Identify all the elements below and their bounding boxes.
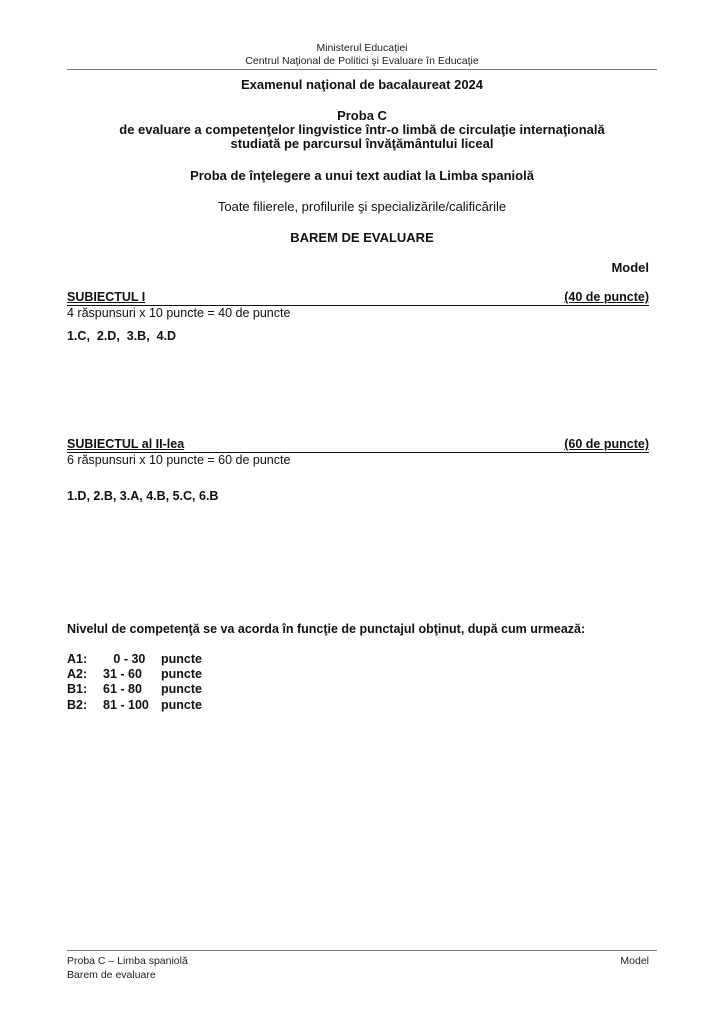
footer-rule — [67, 950, 657, 951]
level-range: 81 - 100 — [103, 698, 161, 713]
level-row: A2: 31 - 60 puncte — [67, 667, 202, 682]
exam-title: Examenul naţional de bacalaureat 2024 — [0, 77, 724, 92]
barem-title: BAREM DE EVALUARE — [0, 230, 724, 245]
footer-document-type: Barem de evaluare — [67, 968, 649, 982]
proba-title: Proba C — [0, 108, 724, 123]
section-1-name: SUBIECTUL I — [67, 290, 145, 305]
section-2-name: SUBIECTUL al II-lea — [67, 437, 184, 452]
section-1-answers: 1.C, 2.D, 3.B, 4.D — [67, 329, 176, 344]
section-2-points: (60 de puncte) — [564, 437, 649, 452]
level-unit: puncte — [161, 698, 202, 713]
levels-intro: Nivelul de competenţă se va acorda în fu… — [67, 622, 585, 637]
level-unit: puncte — [161, 667, 202, 682]
level-range: 0 - 30 — [103, 652, 161, 667]
center-name: Centrul Naţional de Politici şi Evaluare… — [0, 55, 724, 68]
section-2-answers: 1.D, 2.B, 3.A, 4.B, 5.C, 6.B — [67, 489, 218, 504]
section-1-scoring: 4 răspunsuri x 10 puncte = 40 de puncte — [67, 306, 290, 321]
level-unit: puncte — [161, 682, 202, 697]
model-label: Model — [611, 260, 649, 275]
section-1-points: (40 de puncte) — [564, 290, 649, 305]
section-2-header: SUBIECTUL al II-lea (60 de puncte) — [67, 437, 649, 453]
level-code: A2: — [67, 667, 103, 682]
level-range: 31 - 60 — [103, 667, 161, 682]
section-1-header: SUBIECTUL I (40 de puncte) — [67, 290, 649, 306]
footer-exam-name: Proba C – Limba spaniolă — [67, 954, 188, 968]
level-unit: puncte — [161, 652, 202, 667]
level-row: B1: 61 - 80 puncte — [67, 682, 202, 697]
level-code: B1: — [67, 682, 103, 697]
levels-table: A1: 0 - 30 puncte A2: 31 - 60 puncte B1:… — [67, 652, 202, 713]
level-row: B2: 81 - 100 puncte — [67, 698, 202, 713]
level-range: 61 - 80 — [103, 682, 161, 697]
footer: Proba C – Limba spaniolă Model Barem de … — [67, 954, 649, 982]
level-code: A1: — [67, 652, 103, 667]
level-code: B2: — [67, 698, 103, 713]
footer-model-label: Model — [620, 954, 649, 968]
proba-description-line2: studiată pe parcursul învăţământului lic… — [0, 136, 724, 151]
level-row: A1: 0 - 30 puncte — [67, 652, 202, 667]
audience-text: Toate filierele, profilurile şi speciali… — [0, 199, 724, 214]
ministry-name: Ministerul Educaţiei — [0, 42, 724, 55]
proba-description-line1: de evaluare a competenţelor lingvistice … — [0, 122, 724, 137]
section-2-scoring: 6 răspunsuri x 10 puncte = 60 de puncte — [67, 453, 290, 468]
header-rule — [67, 69, 657, 70]
proba-subtitle: Proba de înţelegere a unui text audiat l… — [0, 168, 724, 183]
